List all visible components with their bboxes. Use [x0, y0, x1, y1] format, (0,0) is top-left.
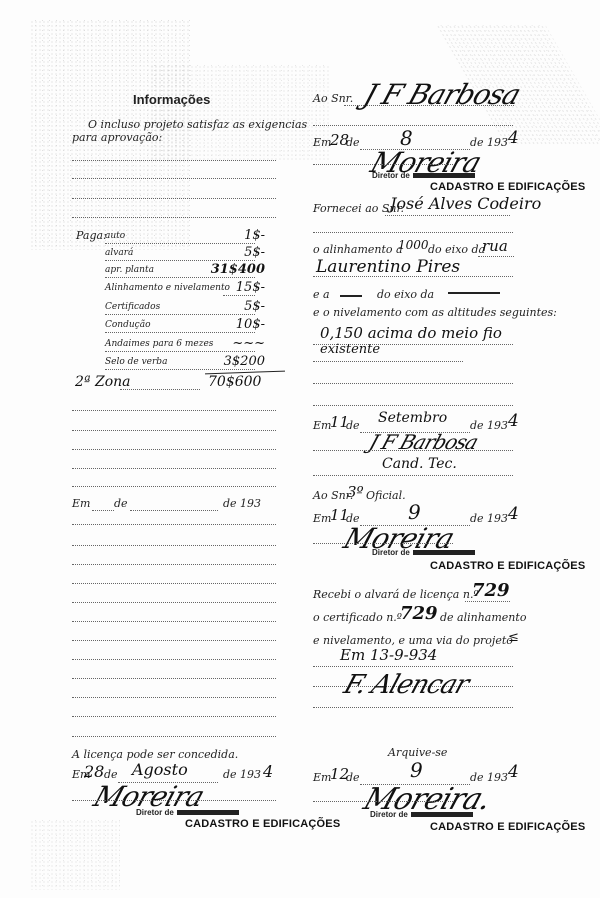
- blank-line: [72, 468, 276, 469]
- blank-date-em: Em: [72, 497, 90, 510]
- blank-date-de: de: [114, 497, 128, 510]
- fee-label: apr. planta: [105, 265, 154, 275]
- alinhamento-label-1: o alinhamento a: [313, 243, 403, 256]
- dash-mark: [448, 292, 500, 294]
- blank-line: [313, 405, 513, 406]
- blank-line: [385, 215, 510, 216]
- date4-month: 9: [410, 758, 423, 782]
- alinhamento-value-1: 1000: [398, 238, 429, 252]
- fee-row-selo: Selo de verba 3$200: [105, 357, 285, 371]
- date3-year-digit: 4: [508, 504, 519, 524]
- recebi-value-1: 729: [472, 580, 510, 601]
- paid-label: Paga:: [76, 229, 107, 242]
- fee-label: Condução: [105, 320, 150, 330]
- fee-value: 5$-: [244, 245, 265, 260]
- ao-snr-value: J F Barbosa: [360, 78, 525, 111]
- blank-line: [72, 697, 276, 698]
- fee-row-alinhamento: Alinhamento e nivelamento 15$-: [105, 283, 285, 297]
- stamp-text: Diretor de: [136, 808, 174, 817]
- stamp1-department: CADASTRO E EDIFICAÇÕES: [430, 181, 585, 193]
- stamp3-department: CADASTRO E EDIFICAÇÕES: [430, 560, 585, 572]
- intro-line-2: para aprovação:: [72, 131, 162, 144]
- blank-line: [72, 217, 276, 218]
- date2-de: de: [346, 419, 360, 432]
- stamp5-department: CADASTRO E EDIFICAÇÕES: [430, 821, 585, 833]
- fee-label: auto: [105, 231, 125, 241]
- blank-line: [313, 383, 513, 384]
- redaction-bar: [413, 550, 475, 555]
- date4-de: de: [346, 771, 360, 784]
- approval-date-year: de 193: [223, 768, 261, 781]
- blank-line: [313, 232, 513, 233]
- redaction-bar: [413, 173, 475, 178]
- fee-row-auto: auto 1$-: [105, 231, 285, 245]
- blank-line: [313, 801, 453, 802]
- fee-row-conducao: Condução 10$-: [105, 320, 285, 334]
- stamp5-director: Diretor de: [370, 810, 473, 819]
- blank-line: [120, 389, 200, 390]
- blank-line: [313, 276, 513, 277]
- date3-month: 9: [408, 500, 421, 524]
- blank-date-year: de 193: [223, 497, 261, 510]
- blank-line: [72, 800, 276, 801]
- blank-line: [72, 678, 276, 679]
- redaction-bar: [411, 812, 473, 817]
- fornecei-value: José Alves Codeiro: [390, 194, 541, 213]
- street-value: Laurentino Pires: [316, 257, 460, 277]
- fee-value: 15$-: [236, 280, 265, 295]
- intro-line-1: O incluso projeto satisfaz as exigencias: [88, 118, 307, 131]
- blank-line: [313, 450, 513, 451]
- document-page: Informações O incluso projeto satisfaz a…: [0, 0, 600, 898]
- informacoes-heading: Informações: [133, 92, 210, 107]
- blank-line: [72, 545, 276, 546]
- date3-em: Em: [313, 512, 331, 525]
- fee-label: Andaimes para 6 mezes: [105, 339, 213, 349]
- fee-row-apr-planta: apr. planta 31$400: [105, 265, 285, 279]
- blank-line: [72, 430, 276, 431]
- date2-month: Setembro: [378, 410, 447, 426]
- blank-line: [130, 510, 218, 511]
- blank-line: [72, 583, 276, 584]
- blank-line: [72, 486, 276, 487]
- redaction-bar: [177, 810, 239, 815]
- e-a-label: e a: [313, 288, 330, 301]
- blank-line: [92, 510, 114, 511]
- recebi-label-1: Recebi o alvará de licença n.º: [313, 588, 479, 601]
- blank-line: [313, 164, 453, 165]
- fee-value: ~~~: [232, 336, 265, 351]
- date1-em: Em: [313, 136, 331, 149]
- stamp3-director: Diretor de: [372, 548, 475, 557]
- blank-line: [313, 125, 513, 126]
- blank-line: [72, 410, 276, 411]
- fee-value: 31$400: [211, 262, 265, 277]
- blank-line: [72, 736, 276, 737]
- alinhamento-label-2: do eixo da: [428, 243, 485, 256]
- nivelamento-value-2: existente: [320, 342, 380, 357]
- blank-line: [72, 602, 276, 603]
- fee-value: 10$-: [236, 317, 265, 332]
- scan-noise: [30, 820, 120, 890]
- blank-line: [478, 256, 514, 257]
- blank-line: [313, 666, 513, 667]
- blank-line: [313, 707, 513, 708]
- recebi-value-2: 729: [400, 603, 438, 624]
- stamp-text: Diretor de: [372, 171, 410, 180]
- stamp-text: Diretor de: [370, 810, 408, 819]
- approval-stamp-department: CADASTRO E EDIFICAÇÕES: [185, 818, 340, 830]
- approval-date-day: 28: [84, 762, 104, 781]
- date4-em: Em: [313, 771, 331, 784]
- stamp-text: Diretor de: [372, 548, 410, 557]
- fee-row-certificados: Certificados 5$-: [105, 302, 285, 316]
- fee-row-andaimes: Andaimes para 6 mezes ~~~: [105, 339, 285, 353]
- stamp1-director: Diretor de: [372, 171, 475, 180]
- ao-snr2-suffix: Oficial.: [366, 489, 406, 502]
- date1-de: de: [346, 136, 360, 149]
- recebi-date: Em 13-9-934: [340, 646, 437, 664]
- fee-value: 3$200: [224, 354, 265, 369]
- scan-noise: [150, 65, 330, 160]
- blank-line: [72, 564, 276, 565]
- blank-line: [72, 449, 276, 450]
- recebi-mark: ≤: [508, 630, 519, 645]
- blank-line: [72, 160, 276, 161]
- blank-line: [72, 716, 276, 717]
- e-a-label-2: do eixo da: [377, 288, 434, 301]
- nivelamento-value-1: 0,150 acima do meio fio: [320, 324, 502, 342]
- total-value: 70$600: [208, 374, 261, 390]
- date1-year-digit: 4: [508, 128, 519, 148]
- date3-year: de 193: [470, 512, 508, 525]
- date4-year-digit: 4: [508, 762, 519, 782]
- blank-line: [72, 178, 276, 179]
- fee-label: alvará: [105, 248, 133, 258]
- dash-mark: [340, 295, 362, 297]
- blank-line: [72, 640, 276, 641]
- approval-date-year-digit: 4: [263, 762, 273, 781]
- alinhamento-value-2: rua: [482, 237, 508, 255]
- total-label: 2ª Zona: [75, 374, 131, 390]
- signature-2-title: Cand. Tec.: [382, 456, 457, 472]
- date2-year-digit: 4: [508, 411, 519, 431]
- signature-4: F. Alencar: [340, 670, 472, 700]
- recebi-label-2a: o certificado n.º: [313, 611, 402, 624]
- blank-line: [313, 361, 463, 362]
- date2-em: Em: [313, 419, 331, 432]
- ao-snr2-value: 3º: [347, 483, 364, 501]
- fee-label: Alinhamento e nivelamento: [105, 283, 230, 293]
- approval-date-month: Agosto: [132, 760, 188, 779]
- blank-line: [72, 659, 276, 660]
- blank-line: [465, 601, 510, 602]
- fee-label: Certificados: [105, 302, 160, 312]
- ao-snr-label: Ao Snr.: [313, 92, 353, 105]
- blank-line: [72, 198, 276, 199]
- fee-label: Selo de verba: [105, 357, 167, 367]
- nivelamento-label: e o nivelamento com as altitudes seguint…: [313, 306, 557, 319]
- blank-line: [313, 543, 453, 544]
- fee-value: 5$-: [244, 299, 265, 314]
- blank-line: [72, 524, 276, 525]
- fee-row-alvara: alvará 5$-: [105, 248, 285, 262]
- blank-line: [72, 621, 276, 622]
- recebi-label-2b: de alinhamento: [440, 611, 526, 624]
- blank-line: [313, 475, 513, 476]
- approval-stamp-director: Diretor de: [136, 808, 239, 817]
- fee-value: 1$-: [244, 228, 265, 243]
